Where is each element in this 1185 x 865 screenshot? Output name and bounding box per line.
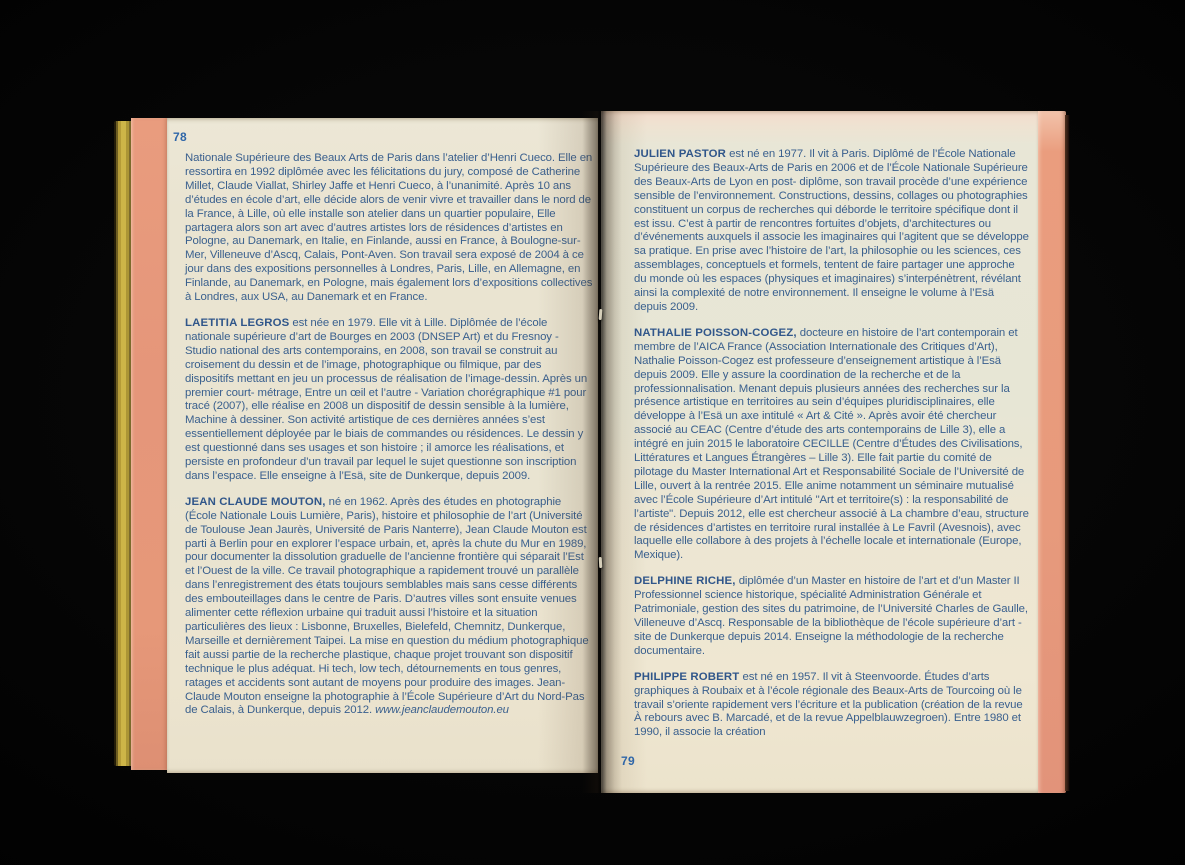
bio-text: diplômée d’un Master en histoire de l’ar…: [634, 575, 1028, 657]
bio-paragraph-delphine-riche: DELPHINE RICHE, diplômée d’un Master en …: [634, 575, 1029, 658]
bio-text: Nationale Supérieure des Beaux Arts de P…: [185, 152, 592, 303]
binding-stitch: [599, 557, 603, 568]
bio-text: né en 1962. Après des études en photogra…: [185, 496, 589, 717]
photo-background: 78 Nationale Supérieure des Beaux Arts d…: [0, 0, 1185, 865]
artist-name: PHILIPPE ROBERT: [634, 671, 739, 683]
endpaper-strip-right: [1038, 111, 1066, 793]
fore-edge-pages-left: [114, 121, 131, 766]
bio-paragraph-jean-claude-mouton: JEAN CLAUDE MOUTON, né en 1962. Après de…: [185, 496, 593, 719]
bio-paragraph-julien-pastor: JULIEN PASTOR est né en 1977. Il vit à P…: [634, 148, 1029, 315]
left-text-column: Nationale Supérieure des Beaux Arts de P…: [185, 152, 593, 718]
page-number-79: 79: [621, 755, 635, 767]
book-spread: 78 Nationale Supérieure des Beaux Arts d…: [114, 111, 1066, 793]
page-number-78: 78: [173, 131, 187, 143]
artist-name: DELPHINE RICHE,: [634, 575, 736, 587]
right-text-column: JULIEN PASTOR est né en 1977. Il vit à P…: [634, 148, 1029, 740]
bio-paragraph-philippe-robert: PHILIPPE ROBERT est né en 1957. Il vit à…: [634, 671, 1029, 741]
artist-name: JEAN CLAUDE MOUTON,: [185, 496, 326, 508]
artist-name: JULIEN PASTOR: [634, 148, 726, 160]
bio-text: docteure en histoire de l’art contempora…: [634, 327, 1029, 562]
bio-text: est né en 1977. Il vit à Paris. Diplômé …: [634, 148, 1029, 313]
bio-paragraph-nathalie-poisson-cogez: NATHALIE POISSON-COGEZ, docteure en hist…: [634, 327, 1029, 563]
artist-name: LAETITIA LEGROS: [185, 317, 289, 329]
page-block-edge-right: [1065, 115, 1070, 791]
artist-name: NATHALIE POISSON-COGEZ,: [634, 327, 797, 339]
page-left: 78 Nationale Supérieure des Beaux Arts d…: [114, 118, 598, 773]
endpaper-strip-left: [131, 118, 167, 770]
website-url: www.jeanclaudemouton.eu: [375, 704, 509, 716]
page-right-paper: JULIEN PASTOR est né en 1977. Il vit à P…: [601, 111, 1038, 793]
page-left-paper: 78 Nationale Supérieure des Beaux Arts d…: [167, 118, 598, 773]
bio-paragraph-continuation: Nationale Supérieure des Beaux Arts de P…: [185, 152, 593, 305]
bio-text: est née en 1979. Elle vit à Lille. Diplô…: [185, 317, 587, 482]
page-right: JULIEN PASTOR est né en 1977. Il vit à P…: [601, 111, 1066, 793]
bio-paragraph-laetitia-legros: LAETITIA LEGROS est née en 1979. Elle vi…: [185, 317, 593, 484]
